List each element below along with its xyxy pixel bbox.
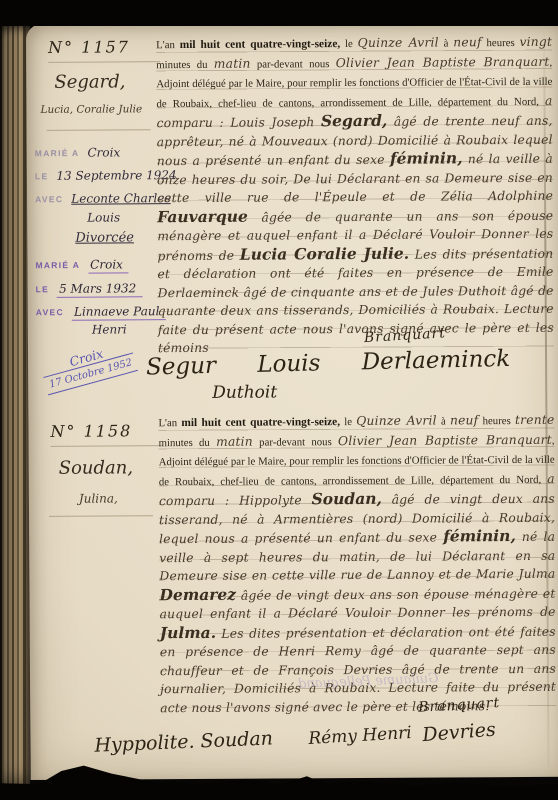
- printed-form-text: à: [439, 37, 454, 49]
- printed-form-text: le: [340, 38, 358, 50]
- party-signature-soudan: Hyppolite. Soudan: [94, 727, 273, 756]
- party-signature-devries: Devries: [422, 719, 497, 747]
- margin-rule: [47, 129, 151, 131]
- handwritten-text: neuf: [450, 413, 479, 427]
- marriage-2-place: Croix: [88, 257, 129, 273]
- party-signature-duthoit: Duthoit: [212, 382, 277, 402]
- handwritten-text: trente: [515, 413, 555, 427]
- margin-rule: [49, 515, 153, 517]
- printed-form-text: L'an: [156, 39, 180, 51]
- printed-form-text: minutes du: [156, 58, 214, 70]
- stamp-label-le: LE: [36, 284, 50, 294]
- handwritten-text: Olivier Jean Baptiste Branquart: [336, 54, 550, 69]
- record-number-1158: N° 1158: [50, 421, 132, 440]
- handwritten-text: Quinze Avril: [356, 413, 437, 427]
- register-page: N° 1157 Segard, Lucia, Coralie Julie MAR…: [26, 21, 558, 780]
- handwritten-text: Lucia Coralie Julie.: [240, 243, 409, 263]
- marriage-stamp-2-row-spouse: AVEC Linnaeve Paul: [36, 302, 166, 321]
- divorce-note: Divorcée: [75, 230, 134, 245]
- printed-form-text: L'an: [158, 417, 181, 429]
- handwritten-text: matin: [214, 56, 251, 70]
- handwritten-text: Fauvarque: [157, 206, 248, 226]
- margin-name-soudan: Soudan,: [59, 457, 133, 478]
- record-number-1157: N° 1157: [48, 37, 130, 56]
- marriage-1-spouse-given: Louis: [87, 210, 120, 224]
- marriage-stamp-1-row-place: MARIÉ A Croix: [35, 143, 121, 162]
- stamp-label-marie-a: MARIÉ A: [35, 148, 80, 158]
- printed-form-text: mil huit cent quatre-vingt-seize,: [180, 38, 341, 51]
- handwritten-text: Olivier Jean Baptiste Branquart: [338, 432, 552, 447]
- marriage-1-place: Croix: [87, 145, 120, 159]
- margin-rule: [51, 445, 163, 447]
- act-1157-body: L'an mil huit cent quatre-vingt-seize, l…: [156, 33, 554, 358]
- printed-form-text: à: [437, 415, 450, 427]
- handwritten-text: vingt: [519, 35, 552, 49]
- handwritten-text: Quinze Avril: [358, 35, 439, 49]
- stamp-label-marie-a: MARIÉ A: [35, 260, 80, 270]
- marriage-1-spouse: Leconte Charles: [71, 191, 170, 206]
- handwritten-text: Julma.: [160, 622, 216, 641]
- oblique-stamp: Croix 17 Octobre 1952: [39, 338, 138, 396]
- printed-form-text: heures: [478, 415, 515, 427]
- handwritten-text: Demarez: [159, 584, 236, 603]
- margin-given-names: Julina,: [79, 491, 118, 505]
- printed-form-text: heures: [482, 37, 520, 49]
- handwritten-text: Segard,: [321, 111, 387, 130]
- stamp-label-le: LE: [35, 171, 49, 181]
- act-1158-body: L'an mil huit cent quatre-vingt-seize, l…: [158, 411, 556, 717]
- marriage-2-spouse-given: Henri: [92, 322, 127, 336]
- marriage-stamp-1-row-date: LE 13 Septembre 1924: [35, 166, 177, 185]
- margin-name-segard: Segard,: [54, 71, 125, 92]
- marriage-stamp-2-row-date: LE 5 Mars 1932: [36, 279, 143, 298]
- marriage-2-date: 5 Mars 1932: [57, 281, 142, 298]
- printed-form-text: par-devant nous: [253, 436, 338, 449]
- book-binding-edge: [0, 14, 30, 800]
- stamp-label-avec: AVEC: [36, 307, 64, 317]
- marriage-stamp-2-row-place: MARIÉ A Croix: [35, 255, 129, 274]
- printed-form-text: mil huit cent quatre-vingt-seize,: [181, 416, 340, 429]
- party-signature-remy: Rémy Henri: [308, 723, 412, 749]
- register-photo: N° 1157 Segard, Lucia, Coralie Julie MAR…: [0, 0, 558, 800]
- printed-form-text: par-devant nous: [251, 58, 336, 71]
- handwritten-text: matin: [216, 434, 253, 448]
- margin-given-names: Lucia, Coralie Julie: [40, 103, 162, 116]
- stamp-label-avec: AVEC: [35, 194, 63, 204]
- handwritten-text: féminin,: [443, 526, 516, 545]
- photo-black-margin-top: [0, 0, 558, 26]
- printed-form-text: le: [340, 416, 356, 428]
- marriage-stamp-1-row-spouse: AVEC Leconte Charles: [35, 189, 171, 208]
- margin-rule: [48, 61, 160, 63]
- marriage-2-spouse: Linnaeve Paul: [72, 304, 166, 321]
- handwritten-text: féminin,: [390, 148, 463, 167]
- handwritten-text: neuf: [453, 35, 482, 49]
- printed-form-text: minutes du: [159, 436, 217, 448]
- handwritten-text: Soudan,: [312, 489, 382, 508]
